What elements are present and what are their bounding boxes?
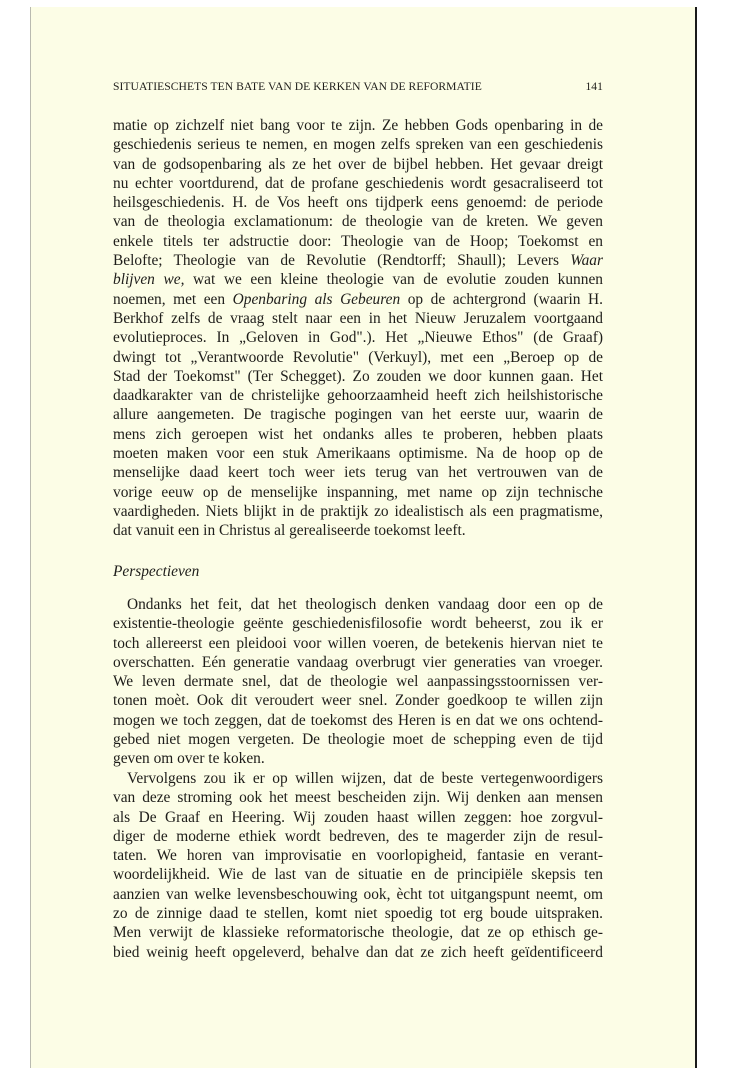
- text-line: heilsgeschiedenis. H. de Vos heeft ons t…: [113, 193, 603, 212]
- text-line: overschatten. Eén generatie vandaag over…: [113, 653, 603, 672]
- text-fragment: Belofte; Theologie van de Revolutie (Ren…: [113, 252, 559, 269]
- text-line: menselijke daad keert toch weer iets ter…: [113, 463, 603, 482]
- text-line: mens zich geroepen wist het ondanks alle…: [113, 425, 603, 444]
- text-line: taten. We horen van improvisatie en voor…: [113, 846, 603, 865]
- text-line: van de godsopenbaring als ze het over de…: [113, 155, 603, 174]
- text-line: woordelijkheid. Wie de last van de situa…: [113, 865, 603, 884]
- text-line: gebed niet mogen vergeten. De theologie …: [113, 730, 603, 749]
- text-line: geven om over te koken.: [113, 749, 603, 768]
- text-line: van de theologia exclamationum: de theol…: [113, 212, 603, 231]
- running-header: SITUATIESCHETS TEN BATE VAN DE KERKEN VA…: [113, 80, 603, 93]
- text-line: Berkhof zelfs de vraag stelt naar een in…: [113, 309, 603, 328]
- text-line: enkele titels ter adstructie door: Theol…: [113, 232, 603, 251]
- text-line: Men verwijt de klassieke reformatorische…: [113, 923, 603, 942]
- text-line: dat vanuit een in Christus al gerealisee…: [113, 521, 603, 540]
- text-line: blijven we, wat we een kleine theologie …: [113, 270, 603, 289]
- text-line: nu echter voortdurend, dat de profane ge…: [113, 174, 603, 193]
- text-line: existentie-theologie geënte geschiedenis…: [113, 614, 603, 633]
- text-line: We leven dermate snel, dat de theologie …: [113, 672, 603, 691]
- text-line: noemen, met een Openbaring als Gebeuren …: [113, 290, 603, 309]
- text-line: van deze stroming ook het meest bescheid…: [113, 788, 603, 807]
- text-line: als De Graaf en Heering. Wij zouden haas…: [113, 808, 603, 827]
- text-line: matie op zichzelf niet bang voor te zijn…: [113, 116, 603, 135]
- paragraph-1: matie op zichzelf niet bang voor te zijn…: [113, 116, 603, 541]
- text-line: tonen moèt. Ook dit veroudert weer snel.…: [113, 691, 603, 710]
- text-fragment: wat we een kleine theologie van de evolu…: [193, 271, 603, 288]
- section-heading: Perspectieven: [113, 563, 199, 581]
- text-line: daadkarakter van de christelijke gehoorz…: [113, 386, 603, 405]
- paragraph-2: Ondanks het feit, dat het theologisch de…: [113, 595, 603, 769]
- book-title-italic: Openbaring als Gebeuren: [233, 291, 401, 308]
- text-line: Vervolgens zou ik er op willen wijzen, d…: [113, 769, 603, 788]
- text-line: allure aangemeten. De tragische pogingen…: [113, 405, 603, 424]
- text-fragment: noemen, met een: [113, 291, 225, 308]
- text-line: toch allereerst een pleidooi voor willen…: [113, 634, 603, 653]
- text-line: Stad der Toekomst" (Ter Schegget). Zo zo…: [113, 367, 603, 386]
- text-line: aanzien van welke levensbeschouwing ook,…: [113, 885, 603, 904]
- text-line: mogen we toch zeggen, dat de toekomst de…: [113, 711, 603, 730]
- text-line: vorige eeuw op de menselijke inspanning,…: [113, 483, 603, 502]
- text-line: evolutieproces. In „Geloven in God".). H…: [113, 328, 603, 347]
- paragraph-3: Vervolgens zou ik er op willen wijzen, d…: [113, 769, 603, 962]
- text-line: vaardigheden. Niets blijkt in de praktij…: [113, 502, 603, 521]
- book-page: SITUATIESCHETS TEN BATE VAN DE KERKEN VA…: [30, 7, 697, 1068]
- text-line: Ondanks het feit, dat het theologisch de…: [113, 595, 603, 614]
- text-line: diger de moderne ethiek wordt bedreven, …: [113, 827, 603, 846]
- book-title-italic: blijven we,: [113, 271, 184, 288]
- text-line: dwingt tot „Verantwoorde Revolutie" (Ver…: [113, 348, 603, 367]
- text-line: zo de zinnige daad te stellen, komt niet…: [113, 904, 603, 923]
- text-line: bied weinig heeft opgeleverd, behalve da…: [113, 943, 603, 962]
- text-line: moeten maken voor een stuk Amerikaans op…: [113, 444, 603, 463]
- text-fragment: op de achtergrond (waarin H.: [408, 291, 603, 308]
- text-line: Belofte; Theologie van de Revolutie (Ren…: [113, 251, 603, 270]
- book-title-italic: Waar: [570, 252, 603, 269]
- running-title: SITUATIESCHETS TEN BATE VAN DE KERKEN VA…: [113, 80, 482, 93]
- page-number: 141: [585, 80, 603, 93]
- text-line: geschiedenis serieus te nemen, en mogen …: [113, 135, 603, 154]
